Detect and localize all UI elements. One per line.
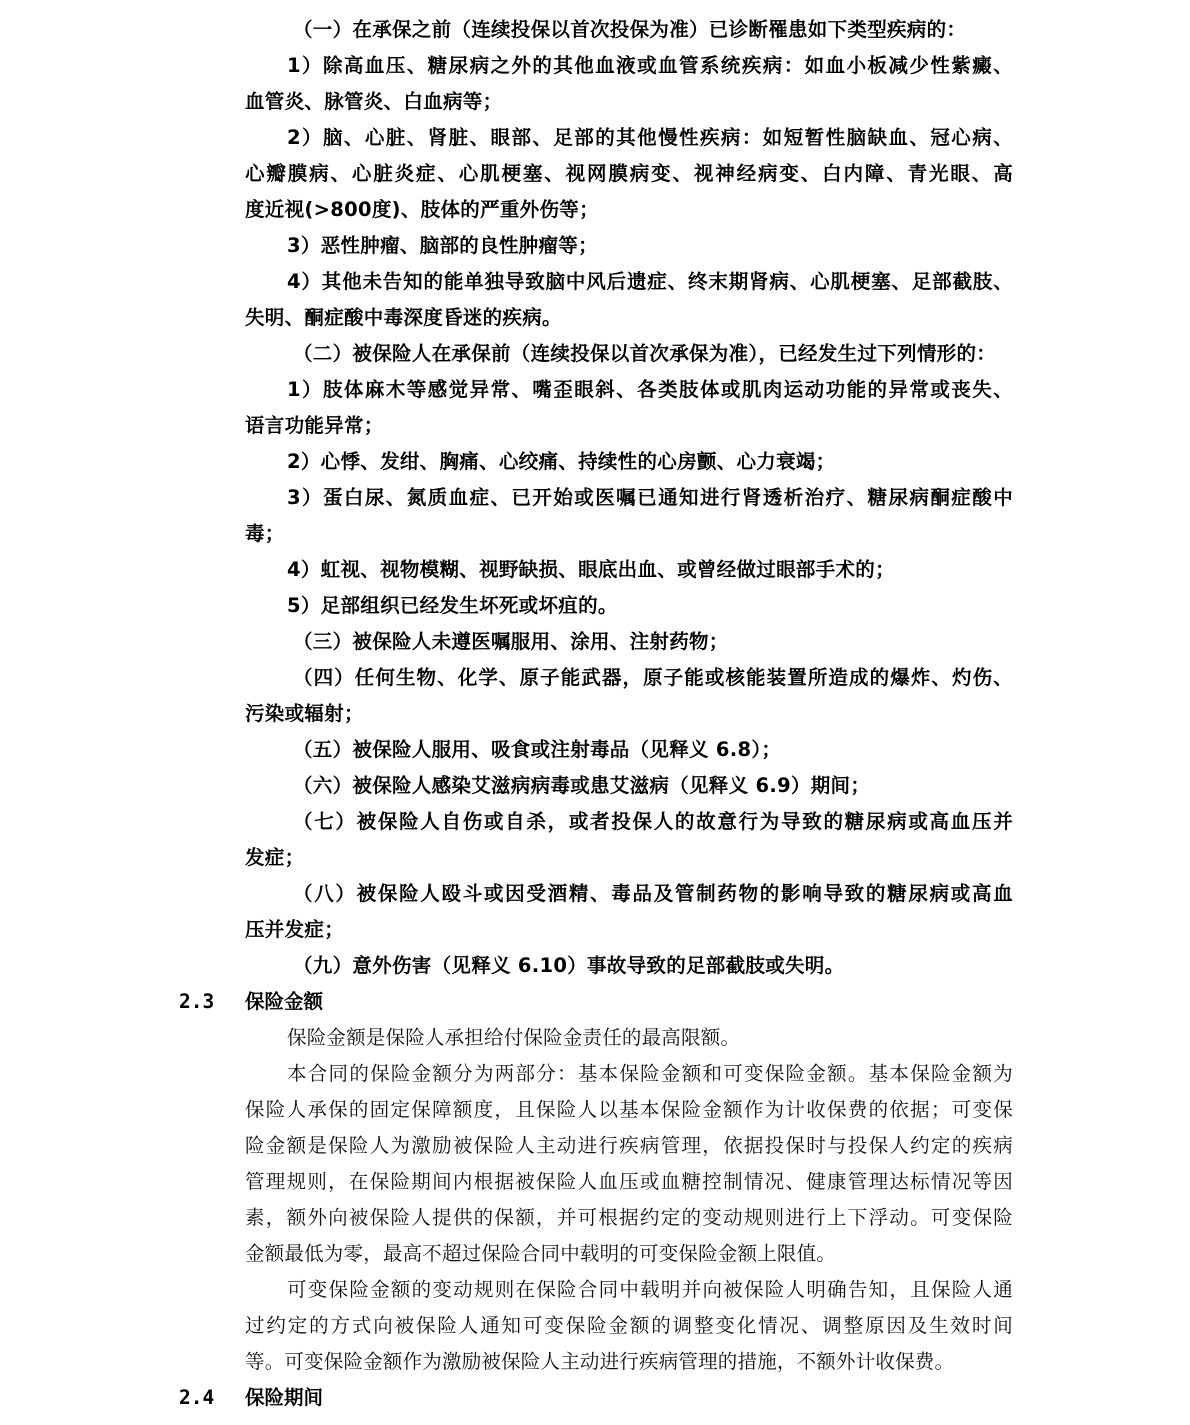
exclusion-item-5: （五）被保险人服用、吸食或注射毒品（见释义 6.8）； — [245, 732, 1013, 768]
exclusion-item-9: （九）意外伤害（见释义 6.10）事故导致的足部截肢或失明。 — [245, 948, 1013, 984]
exclusion-item-2-heading: （二）被保险人在承保前（连续投保以首次承保为准），已经发生过下列情形的： — [245, 336, 1013, 372]
sum-insured-para-2-line-3: 险金额是保险人为激励被保险人主动进行疾病管理，依据投保时与投保人约定的疾病 — [245, 1128, 1013, 1164]
exclusion-item-4: （四）任何生物、化学、原子能武器，原子能或核能装置所造成的爆炸、灼伤、 — [245, 660, 1013, 696]
exclusion-item-8: （八）被保险人殴斗或因受酒精、毒品及管制药物的影响导致的糖尿病或高血 — [245, 876, 1013, 912]
document-page: （一）在承保之前（连续投保以首次投保为准）已诊断罹患如下类型疾病的： 1）除高血… — [245, 12, 1013, 1416]
sum-insured-para-2: 本合同的保险金额分为两部分：基本保险金额和可变保险金额。基本保险金额为 — [245, 1056, 1013, 1092]
section-number: 2.3 — [179, 984, 214, 1020]
exclusion-2-sub-3-cont: 毒； — [245, 516, 1013, 552]
exclusion-item-3: （三）被保险人未遵医嘱服用、涂用、注射药物； — [245, 624, 1013, 660]
exclusion-item-6: （六）被保险人感染艾滋病病毒或患艾滋病（见释义 6.9）期间； — [245, 768, 1013, 804]
section-title: 保险金额 — [245, 984, 323, 1020]
sum-insured-para-2-line-2: 保险人承保的固定保障额度，且保险人以基本保险金额作为计收保费的依据；可变保 — [245, 1092, 1013, 1128]
exclusion-1-sub-4: 4）其他未告知的能单独导致脑中风后遗症、终末期肾病、心肌梗塞、足部截肢、 — [245, 264, 1013, 300]
exclusion-2-sub-2: 2）心悸、发绀、胸痛、心绞痛、持续性的心房颤、心力衰竭； — [245, 444, 1013, 480]
section-number: 2.4 — [179, 1380, 214, 1416]
exclusion-item-4-cont: 污染或辐射； — [245, 696, 1013, 732]
sum-insured-para-3-line-2: 过约定的方式向被保险人通知可变保险金额的调整变化情况、调整原因及生效时间 — [245, 1308, 1013, 1344]
exclusion-1-sub-1: 1）除高血压、糖尿病之外的其他血液或血管系统疾病：如血小板减少性紫癜、 — [245, 48, 1013, 84]
exclusion-item-8-cont: 压并发症； — [245, 912, 1013, 948]
exclusion-1-sub-1-cont: 血管炎、脉管炎、白血病等； — [245, 84, 1013, 120]
section-2-4-heading: 2.4 保险期间 — [245, 1380, 1013, 1416]
exclusion-1-sub-4-cont: 失明、酮症酸中毒深度昏迷的疾病。 — [245, 300, 1013, 336]
exclusion-2-sub-3: 3）蛋白尿、氮质血症、已开始或医嘱已通知进行肾透析治疗、糖尿病酮症酸中 — [245, 480, 1013, 516]
exclusion-1-sub-2: 2）脑、心脏、肾脏、眼部、足部的其他慢性疾病：如短暂性脑缺血、冠心病、 — [245, 120, 1013, 156]
section-2-3-heading: 2.3 保险金额 — [245, 984, 1013, 1020]
sum-insured-para-2-line-4: 管理规则，在保险期间内根据被保险人血压或血糖控制情况、健康管理达标情况等因 — [245, 1164, 1013, 1200]
exclusion-2-sub-4: 4）虹视、视物模糊、视野缺损、眼底出血、或曾经做过眼部手术的； — [245, 552, 1013, 588]
exclusion-2-sub-1-cont: 语言功能异常； — [245, 408, 1013, 444]
sum-insured-para-3-line-3: 等。可变保险金额作为激励被保险人主动进行疾病管理的措施，不额外计收保费。 — [245, 1344, 1013, 1380]
exclusion-1-sub-3: 3）恶性肿瘤、脑部的良性肿瘤等； — [245, 228, 1013, 264]
exclusion-item-1-heading: （一）在承保之前（连续投保以首次投保为准）已诊断罹患如下类型疾病的： — [245, 12, 1013, 48]
sum-insured-definition: 保险金额是保险人承担给付保险金责任的最高限额。 — [245, 1020, 1013, 1056]
exclusion-2-sub-1: 1）肢体麻木等感觉异常、嘴歪眼斜、各类肢体或肌肉运动功能的异常或丧失、 — [245, 372, 1013, 408]
section-title: 保险期间 — [245, 1380, 323, 1416]
exclusion-1-sub-2-cont: 心瓣膜病、心脏炎症、心肌梗塞、视网膜病变、视神经病变、白内障、青光眼、高 — [245, 156, 1013, 192]
exclusion-2-sub-5: 5）足部组织已经发生坏死或坏疽的。 — [245, 588, 1013, 624]
exclusion-item-7-cont: 发症； — [245, 840, 1013, 876]
exclusion-item-7: （七）被保险人自伤或自杀，或者投保人的故意行为导致的糖尿病或高血压并 — [245, 804, 1013, 840]
sum-insured-para-3: 可变保险金额的变动规则在保险合同中载明并向被保险人明确告知，且保险人通 — [245, 1272, 1013, 1308]
sum-insured-para-2-line-6: 金额最低为零，最高不超过保险合同中载明的可变保险金额上限值。 — [245, 1236, 1013, 1272]
exclusion-1-sub-2-cont2: 度近视(>800度)、肢体的严重外伤等； — [245, 192, 1013, 228]
sum-insured-para-2-line-5: 素，额外向被保险人提供的保额，并可根据约定的变动规则进行上下浮动。可变保险 — [245, 1200, 1013, 1236]
